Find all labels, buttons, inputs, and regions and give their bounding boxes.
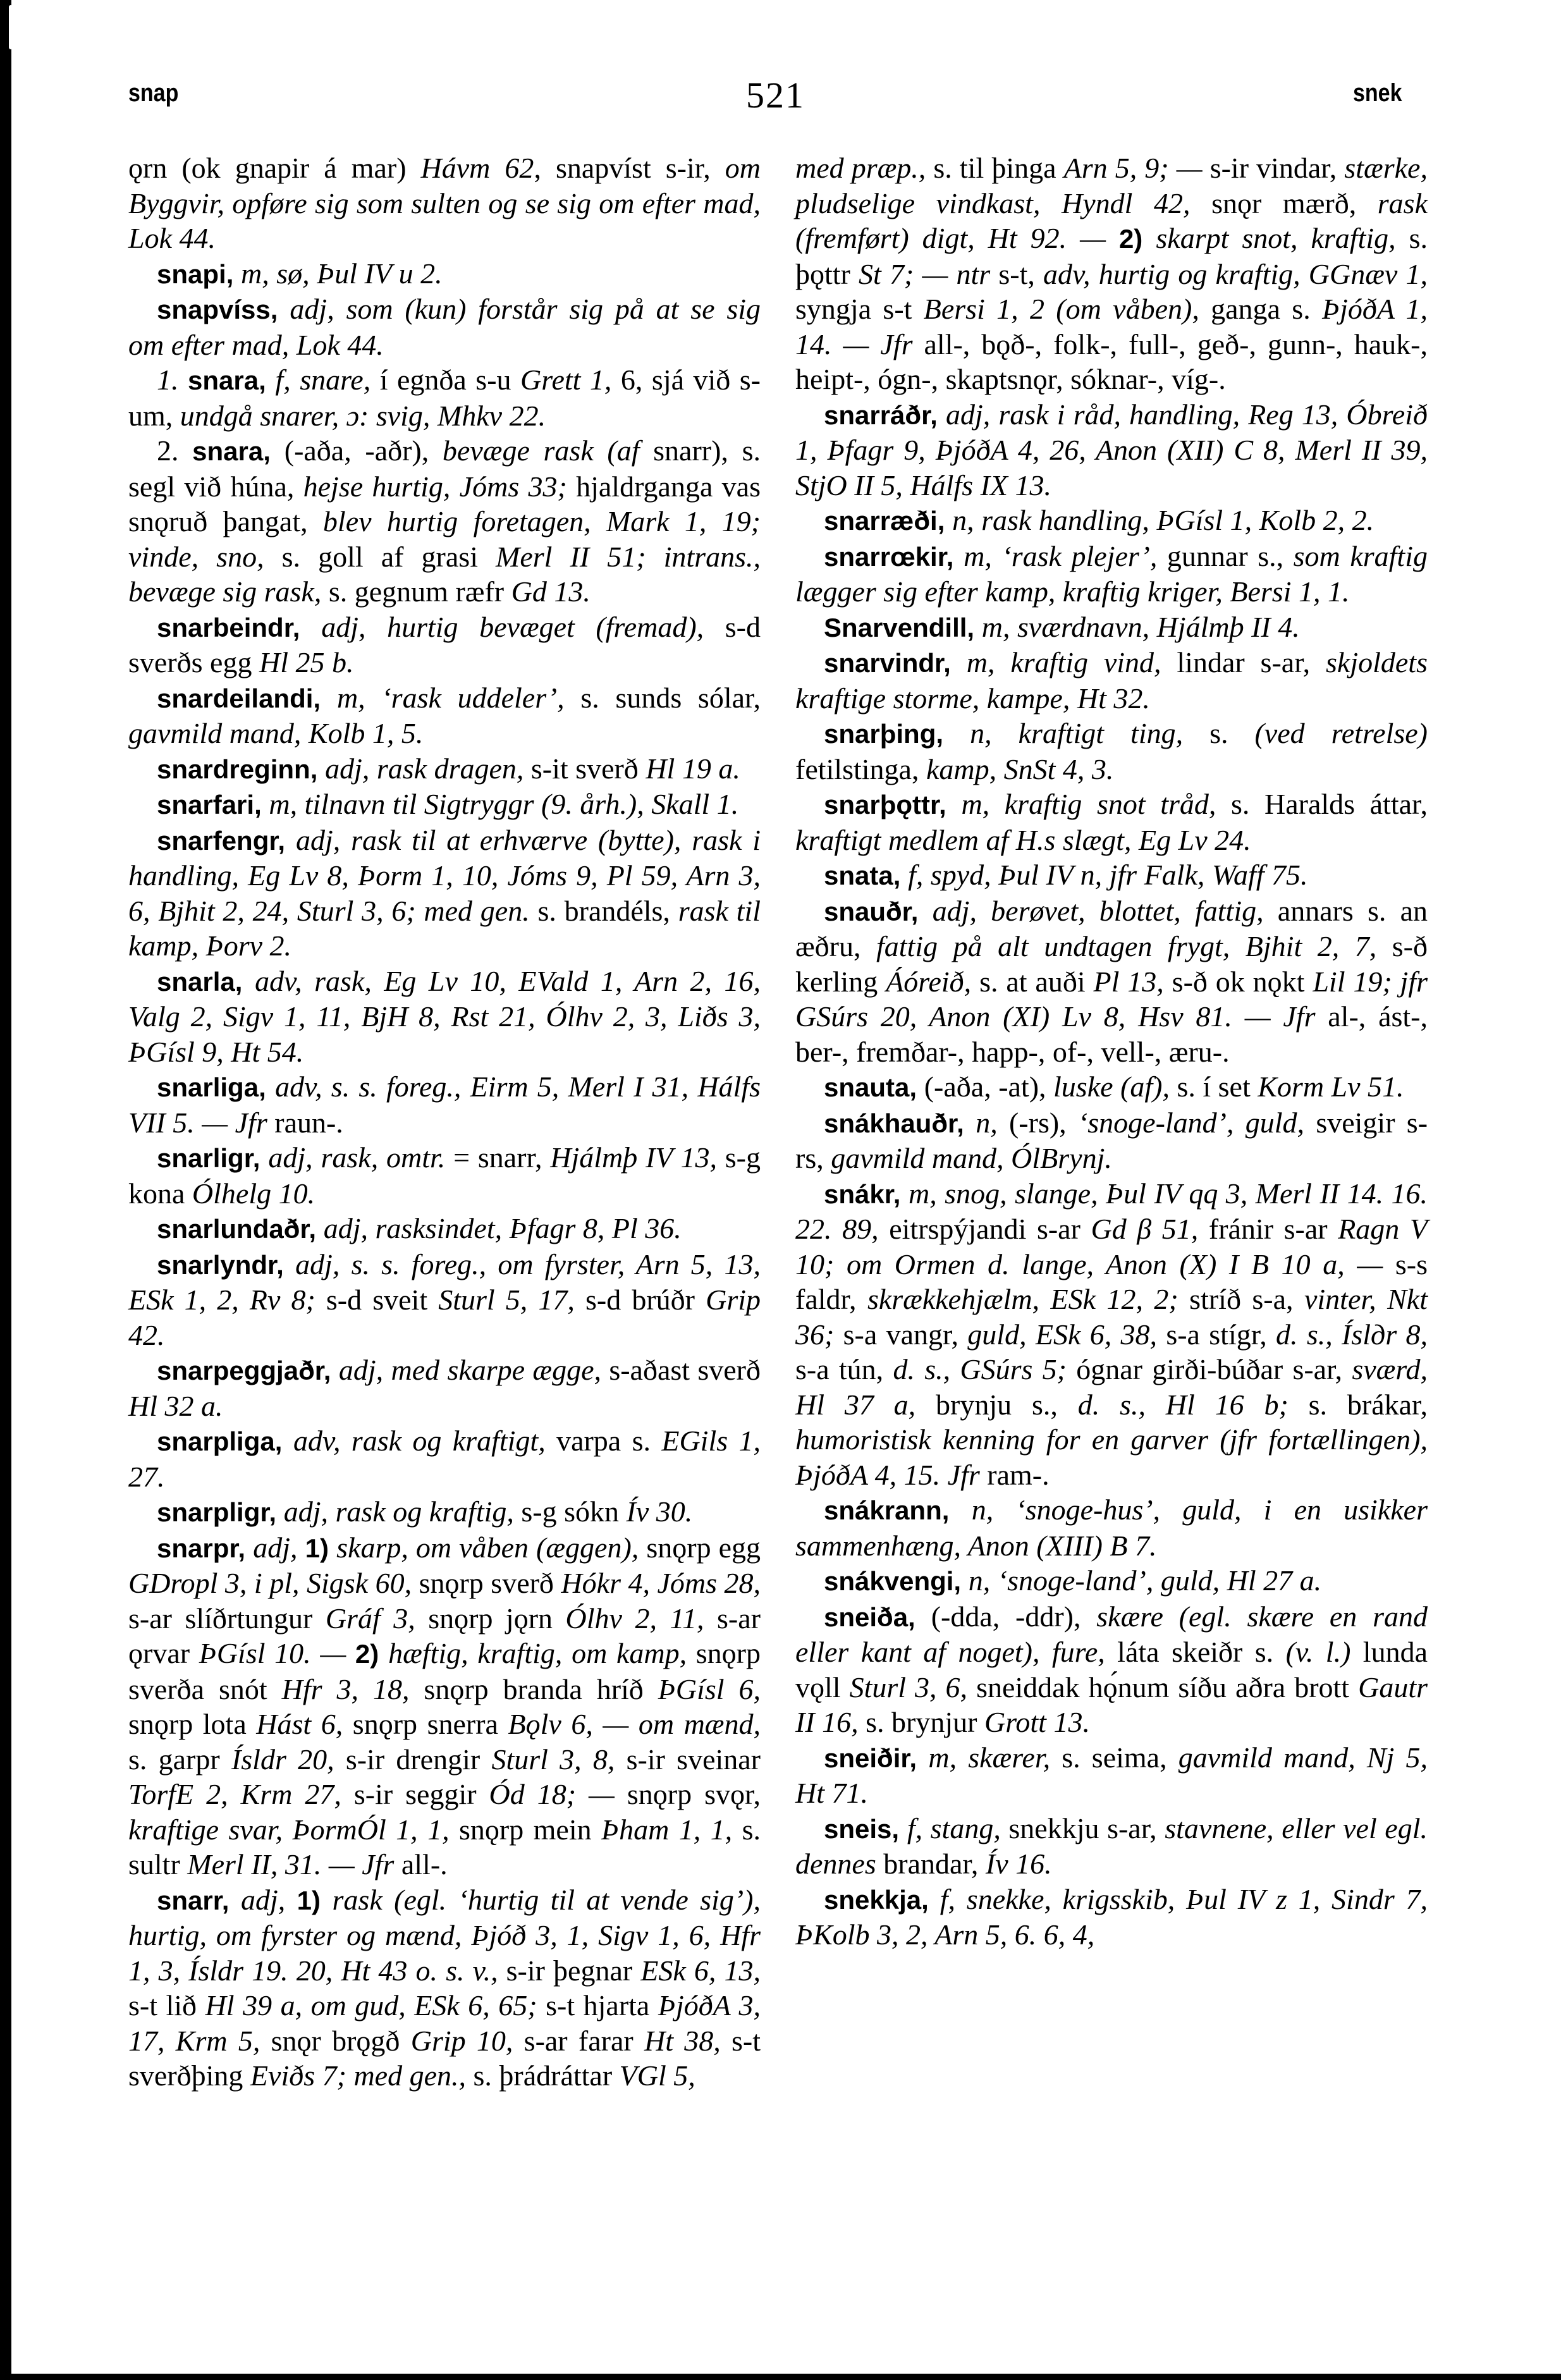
right-column: med præp., s. til þinga Arn 5, 9; — s-ir… — [795, 150, 1428, 1953]
italic-text: Bǫlv 6, — om mænd, — [508, 1708, 761, 1740]
italic-text: Hl 25 b. — [259, 646, 354, 678]
dictionary-entry: snapi, m, sø, Þul IV u 2. — [128, 256, 761, 292]
headword: snarpr, — [157, 1533, 253, 1563]
italic-text: m, skærer, — [928, 1741, 1062, 1774]
dictionary-entry: ǫrn (ok gnapir á mar) Hávm 62, snapvíst … — [128, 150, 761, 256]
roman-text: s-ar slíðrtungur — [128, 1602, 326, 1635]
italic-text: ÞGísl 6, — [658, 1673, 761, 1705]
roman-text: fránir s-ar — [1209, 1213, 1338, 1245]
headword: snarþing, — [824, 719, 970, 749]
roman-text: snǫrp sverð — [419, 1567, 561, 1599]
headword: snarpligr, — [157, 1497, 284, 1527]
page-number: 521 — [746, 74, 805, 116]
roman-text: s-ar farar — [524, 2025, 644, 2057]
roman-text: s. Haralds áttar, — [1231, 788, 1428, 820]
italic-text: adv, hurtig og kraftig, GGnæv 1, — [1043, 258, 1428, 290]
italic-text: adj, berøvet, blottet, fattig, — [933, 895, 1278, 927]
italic-text: Pl 13, — [1094, 966, 1172, 998]
italic-text: VGl 5, — [620, 2059, 695, 2092]
headword: snardeilandi, — [157, 684, 337, 713]
roman-text: s. brynjur — [866, 1706, 984, 1738]
italic-text: Sturl 5, 17, — [438, 1284, 585, 1316]
roman-text: snǫrp jǫrn — [428, 1602, 565, 1635]
roman-text: s-aðast sverð — [609, 1354, 761, 1386]
italic-text: d. s., GSúrs 5; — [893, 1353, 1076, 1385]
italic-text: Hávm 62 — [421, 152, 534, 184]
running-header: snap 521 snek — [0, 79, 1561, 130]
dictionary-entry: snarpr, adj, 1) skarp, om våben (æggen),… — [128, 1530, 761, 1882]
italic-text: f, snare, — [275, 364, 379, 396]
dictionary-entry: snarfengr, adj, rask til at erhværve (by… — [128, 823, 761, 964]
dictionary-entry: snarbeindr, adj, hurtig bevæget (fremad)… — [128, 610, 761, 680]
italic-text: TorfE 2, Krm 27, — [128, 1778, 354, 1810]
left-column: ǫrn (ok gnapir á mar) Hávm 62, snapvíst … — [128, 150, 761, 2094]
italic-text: adj, — [253, 1531, 305, 1564]
italic-text: kraftige svar, ÞormÓl 1, 1, — [128, 1813, 459, 1846]
roman-text: ram-. — [987, 1459, 1049, 1491]
headword: snarbeindr, — [157, 613, 321, 642]
headword: snapi, — [157, 259, 241, 289]
headword: snapvíss, — [157, 295, 290, 324]
headword: snarligr, — [157, 1143, 268, 1173]
headword: snákrann, — [824, 1495, 972, 1525]
italic-text: adj, rask dragen, — [325, 752, 531, 785]
roman-text: brandar, — [883, 1848, 986, 1880]
italic-text: Áóreið, — [886, 966, 979, 998]
headword: sneiðir, — [824, 1743, 928, 1773]
italic-text: Hást 6, — [256, 1708, 353, 1740]
italic-text: undgå snarer, ɔ: svig, Mhkv 22. — [180, 400, 546, 432]
italic-text: adj, rasksindet, Þfagr 8, Pl 36. — [324, 1212, 682, 1244]
headword: snarpliga, — [157, 1426, 293, 1456]
headword: snarpeggjaðr, — [157, 1356, 339, 1385]
dictionary-entry: sneis, f, stang, snekkju s-ar, stavnene,… — [795, 1811, 1428, 1882]
italic-text: Ív 16. — [986, 1848, 1052, 1880]
italic-text: Sturl 3, 8, — [491, 1743, 626, 1776]
dictionary-entry: snarrœkir, m, ‘rask plejer’, gunnar s., … — [795, 539, 1428, 610]
headword: snarlyndr, — [157, 1250, 295, 1280]
dictionary-entry: snapvíss, adj, som (kun) forstår sig på … — [128, 291, 761, 362]
roman-text: all-. — [401, 1848, 448, 1880]
roman-text: snǫrp snerra — [353, 1708, 508, 1740]
right-guide-word: snek — [1353, 79, 1402, 107]
roman-text: s-t, — [998, 258, 1043, 290]
roman-text: stríð s-a, — [1189, 1283, 1304, 1315]
italic-text: hejse hurtig, Jóms 33; — [303, 470, 576, 503]
italic-text: kraftigt medlem af H.s slægt, Eg Lv 24. — [795, 824, 1251, 856]
headword: snarrœkir, — [824, 542, 964, 572]
italic-text: Bersi 1, 2 (om våben), — [924, 293, 1211, 325]
italic-text: gavmild mand, ÓlBrynj. — [831, 1142, 1112, 1174]
headword: 1) — [305, 1533, 337, 1563]
dictionary-entry: snarfari, m, tilnavn til Sigtryggr (9. å… — [128, 787, 761, 823]
italic-text: m, ‘rask uddeler’, — [337, 682, 580, 714]
italic-text: Eviðs 7; med gen., — [250, 2059, 474, 2092]
dictionary-entry: snardeilandi, m, ‘rask uddeler’, s. sund… — [128, 680, 761, 751]
dictionary-entry: sneiðir, m, skærer, s. seima, gavmild ma… — [795, 1740, 1428, 1811]
italic-text: n, ‘snoge-land’, guld, Hl 27 a. — [969, 1564, 1321, 1597]
spine-highlight — [9, 5, 13, 49]
roman-text: láta skeiðr s. — [1117, 1636, 1285, 1668]
roman-text: s-d sveit — [326, 1284, 438, 1316]
roman-text: s-a stígr, — [1166, 1318, 1276, 1351]
headword: snara, — [192, 436, 285, 466]
headword: sneis, — [824, 1814, 907, 1844]
italic-text: n, — [976, 1107, 1009, 1139]
italic-text: Grott 13. — [984, 1706, 1090, 1738]
dictionary-entry: 1. snara, f, snare, í egnða s-u Grett 1,… — [128, 362, 761, 433]
dictionary-entry: 2. snara, (-aða, -aðr), bevæge rask (af … — [128, 433, 761, 610]
roman-text: s. sunds sólar, — [580, 682, 761, 714]
roman-text: (-dda, -ddr), — [931, 1600, 1097, 1633]
headword: 2) — [355, 1639, 388, 1669]
roman-text: varpa s. — [556, 1425, 661, 1457]
roman-text: sneiddak hǫ́num síðu aðra brott — [976, 1671, 1358, 1703]
roman-text: (-rs), — [1009, 1107, 1078, 1139]
roman-text: = snarr, — [453, 1141, 550, 1174]
italic-text: Ív 30. — [627, 1495, 693, 1528]
italic-text: adj, med skarpe ægge, — [339, 1354, 609, 1386]
headword: snarliga, — [157, 1072, 275, 1102]
dictionary-entry: snarlundaðr, adj, rasksindet, Þfagr 8, P… — [128, 1211, 761, 1247]
roman-text: snǫr brǫgð — [271, 2025, 411, 2057]
roman-text: s. at auði — [979, 966, 1093, 998]
roman-text: , snapvíst s-ir, — [534, 152, 725, 184]
dictionary-entry: snarpeggjaðr, adj, med skarpe ægge, s-að… — [128, 1353, 761, 1423]
italic-text: Ólhelg 10. — [192, 1177, 315, 1210]
roman-text: s. til þinga — [933, 152, 1063, 184]
dictionary-entry: snardreginn, adj, rask dragen, s-it sver… — [128, 751, 761, 787]
dictionary-entry: snarpliga, adv, rask og kraftigt, varpa … — [128, 1423, 761, 1494]
headword: snákhauðr, — [824, 1108, 976, 1138]
dictionary-entry: snarr, adj, 1) rask (egl. ‘hurtig til at… — [128, 1882, 761, 2094]
italic-text: ESk 6, 13, — [640, 1954, 761, 1987]
roman-text: s. í set — [1177, 1070, 1258, 1103]
dictionary-entry: snarvindr, m, kraftig vind, lindar s-ar,… — [795, 645, 1428, 716]
dictionary-entry: med præp., s. til þinga Arn 5, 9; — s-ir… — [795, 150, 1428, 397]
dictionary-entry: snákrann, n, ‘snoge-hus’, guld, i en usi… — [795, 1492, 1428, 1563]
roman-text: snǫrp svǫr, — [627, 1778, 761, 1810]
dictionary-entry: snekkja, f, snekke, krigsskib, Þul IV z … — [795, 1882, 1428, 1953]
headword: snarvindr, — [824, 648, 967, 678]
headword: sneiða, — [824, 1602, 931, 1632]
dictionary-entry: snauta, (-aða, -at), luske (af), s. í se… — [795, 1069, 1428, 1105]
italic-text: (v. l.) — [1286, 1636, 1363, 1668]
roman-text: s-it sverð — [531, 752, 646, 785]
italic-text: Hókr 4, Jóms 28, — [561, 1567, 761, 1599]
roman-text: eitrspýjandi s-ar — [889, 1213, 1091, 1245]
italic-text: fattig på alt undtagen frygt, Bjhit 2, 7… — [876, 930, 1392, 962]
italic-text: adj, rask og kraftig, — [284, 1495, 522, 1528]
italic-text: Arn 5, 9; — — [1064, 152, 1210, 184]
roman-text: s-ir seggir — [354, 1778, 489, 1810]
italic-text: Grip 10, — [411, 2025, 524, 2057]
roman-text: s. brandéls, — [537, 895, 678, 927]
book-spine-shadow — [0, 0, 11, 2380]
italic-text: skrækkehjælm, ESk 12, 2; — [867, 1283, 1189, 1315]
italic-text: n, rask handling, ÞGísl 1, Kolb 2, 2. — [952, 504, 1374, 536]
dictionary-entry: snákvengi, n, ‘snoge-land’, guld, Hl 27 … — [795, 1563, 1428, 1599]
italic-text: skarpt snot, kraftig, — [1156, 222, 1409, 254]
headword: snauta, — [824, 1072, 924, 1102]
italic-text: Ht 38, — [644, 2025, 732, 2057]
roman-text: snǫrp mein — [459, 1813, 601, 1846]
italic-text: m, ‘rask plejer’, — [964, 540, 1167, 572]
headword: snarræði, — [824, 506, 952, 536]
headword: snarla, — [157, 967, 255, 997]
dictionary-entry: snarpligr, adj, rask og kraftig, s-g sók… — [128, 1494, 761, 1530]
italic-text: adj, hurtig bevæget (fremad), — [321, 611, 725, 643]
roman-text: fetilstinga, — [795, 753, 926, 785]
roman-text: snekkju s-ar, — [1008, 1812, 1165, 1844]
headword: snekkja, — [824, 1885, 940, 1915]
roman-text: s. þrádráttar — [474, 2059, 620, 2092]
italic-text: Hl 32 a. — [128, 1390, 223, 1422]
roman-text: s-ð ok nǫkt — [1172, 966, 1313, 998]
headword: snarfengr, — [157, 826, 296, 856]
left-guide-word: snap — [128, 79, 178, 107]
italic-text: luske (af), — [1053, 1070, 1177, 1103]
dictionary-entry: snarþing, n, kraftigt ting, s. (ved retr… — [795, 716, 1428, 787]
dictionary-entry: snarla, adv, rask, Eg Lv 10, EVald 1, Ar… — [128, 964, 761, 1070]
italic-text: GDropl 3, i pl, Sigsk 60, — [128, 1567, 419, 1599]
italic-text: Hfr 3, 18, — [282, 1673, 424, 1705]
italic-text: Merl II, 31. — Jfr — [187, 1848, 401, 1880]
roman-text: snǫrp egg — [646, 1531, 761, 1564]
italic-text: Hjálmþ IV 13, — [550, 1141, 725, 1174]
italic-text: skarp, om våben (æggen), — [336, 1531, 646, 1564]
roman-text: 2. — [157, 434, 192, 467]
italic-text: guld, ESk 6, 38, — [967, 1318, 1166, 1351]
italic-text: adj, — [241, 1884, 297, 1916]
italic-text: Ísldr 20, — [231, 1743, 346, 1776]
roman-text: s-t hjarta — [546, 1989, 658, 2021]
roman-text: s. brákar, — [1309, 1389, 1428, 1421]
roman-text: s-ir sveinar — [627, 1743, 761, 1776]
dictionary-entry: snarligr, adj, rask, omtr. = snarr, Hjál… — [128, 1140, 761, 1211]
headword: Snarvendill, — [824, 613, 982, 642]
dictionary-entry: snarliga, adv, s. s. foreg., Eirm 5, Mer… — [128, 1069, 761, 1140]
italic-text: St 7; — ntr — [859, 258, 998, 290]
italic-text: adj, rask, omtr. — [268, 1141, 453, 1174]
roman-text: s-t lið — [128, 1989, 205, 2021]
roman-text: s-ir þegnar — [506, 1954, 641, 1987]
headword: 2) — [1119, 224, 1156, 254]
roman-text: ógnar girði-búðar s-ar, — [1076, 1353, 1352, 1385]
italic-text: Ólhv 2, 11, — [566, 1602, 717, 1635]
italic-text: f, stang, — [907, 1812, 1009, 1844]
dictionary-entry: snarráðr, adj, rask i råd, handling, Reg… — [795, 397, 1428, 503]
roman-text: ǫrn (ok gnapir á mar) — [128, 152, 421, 184]
italic-text: Ód 18; — — [489, 1778, 627, 1810]
headword: snata, — [824, 861, 908, 890]
roman-text: snǫr mærð, — [1211, 187, 1378, 219]
dictionary-entry: snauðr, adj, berøvet, blottet, fattig, a… — [795, 893, 1428, 1070]
roman-text: s-g sókn — [521, 1495, 626, 1528]
italic-text: humoristisk kenning for en garver (jfr f… — [795, 1423, 1428, 1491]
headword: snarlundaðr, — [157, 1214, 324, 1244]
roman-text: s. goll af grasi — [282, 541, 496, 573]
italic-text: 1. — [157, 364, 188, 396]
italic-text: Korm Lv 51. — [1258, 1070, 1404, 1103]
roman-text: s. seima, — [1062, 1741, 1178, 1774]
italic-text: f, spyd, Þul IV n, jfr Falk, Waff 75. — [908, 859, 1307, 891]
headword: snákvengi, — [824, 1566, 969, 1596]
roman-text: brynju s., — [936, 1389, 1078, 1421]
headword: 1) — [297, 1886, 333, 1915]
italic-text: (ved retrelse) — [1254, 717, 1428, 749]
roman-text: lindar s-ar, — [1177, 646, 1326, 678]
italic-text: m, sværdnavn, Hjálmþ II 4. — [982, 611, 1300, 643]
italic-text: adv, rask og kraftigt, — [293, 1425, 556, 1457]
headword: snákr, — [824, 1179, 909, 1209]
roman-text: s-d brúðr — [585, 1284, 706, 1316]
roman-text: s-ir vindar, — [1210, 152, 1345, 184]
headword: snardreginn, — [157, 754, 325, 784]
dictionary-entry: snata, f, spyd, Þul IV n, jfr Falk, Waff… — [795, 857, 1428, 893]
italic-text: d. s., Hl 16 b; — [1078, 1389, 1309, 1421]
roman-text: (-aða, -aðr), — [285, 434, 443, 467]
italic-text: med præp., — [795, 152, 933, 184]
dictionary-entry: snarlyndr, adj, s. s. foreg., om fyrster… — [128, 1247, 761, 1353]
italic-text: d. s., Íslдr 8, — [1276, 1318, 1428, 1351]
dictionary-entry: snarþǫttr, m, kraftig snot tråd, s. Hara… — [795, 787, 1428, 857]
roman-text: s-a tún, — [795, 1353, 893, 1385]
roman-text: syngja s-t — [795, 293, 924, 325]
headword: snarráðr, — [824, 400, 946, 430]
italic-text: ‘snoge-land’, guld, — [1078, 1107, 1316, 1139]
dictionary-entry: snarræði, n, rask handling, ÞGísl 1, Kol… — [795, 503, 1428, 539]
italic-text: n, kraftigt ting, — [970, 717, 1209, 749]
italic-text: Þham 1, 1, — [601, 1813, 742, 1846]
italic-text: Hl 39 a, om gud, ESk 6, 65; — [205, 1989, 546, 2021]
roman-text: s-ir drengir — [346, 1743, 492, 1776]
italic-text: Gd 13. — [511, 575, 591, 608]
italic-text: kamp, SnSt 4, 3. — [926, 753, 1113, 785]
dictionary-entry: Snarvendill, m, sværdnavn, Hjálmþ II 4. — [795, 610, 1428, 646]
italic-text: Grett 1, — [520, 364, 621, 396]
italic-text: Hl 19 a. — [646, 752, 740, 785]
roman-text: (-aða, -at), — [924, 1070, 1053, 1103]
roman-text: ganga s. — [1211, 293, 1322, 325]
italic-text: bevæge rask (af — [443, 434, 653, 467]
italic-text: m, kraftig vind, — [967, 646, 1177, 678]
roman-text: s. gegnum ræfr — [329, 575, 511, 608]
italic-text: hæftig, kraftig, om kamp, — [388, 1637, 696, 1669]
roman-text: í egnða s-u — [380, 364, 520, 396]
headword: snarfari, — [157, 790, 269, 819]
italic-text: m, kraftig snot tråd, — [961, 788, 1231, 820]
italic-text: Gd β 51, — [1091, 1213, 1209, 1245]
italic-text: Gráf 3, — [326, 1602, 428, 1635]
italic-text: Sturl 3, 6, — [850, 1671, 976, 1703]
roman-text: s-a vangr, — [843, 1318, 968, 1351]
dictionary-entry: snákr, m, snog, slange, Þul IV qq 3, Mer… — [795, 1176, 1428, 1493]
roman-text: raun-. — [274, 1107, 343, 1139]
headword: snarþǫttr, — [824, 790, 961, 819]
roman-text: s. — [1209, 717, 1254, 749]
dictionary-entry: sneiða, (-dda, -ddr), skære (egl. skære … — [795, 1599, 1428, 1740]
headword: snara, — [188, 365, 275, 395]
headword: snauðr, — [824, 897, 933, 926]
roman-text: snǫrp branda hríð — [424, 1673, 658, 1705]
roman-text: gunnar s., — [1167, 540, 1294, 572]
roman-text: s. garpr — [128, 1743, 231, 1776]
italic-text: m, sø, Þul IV u 2. — [241, 257, 443, 290]
roman-text: snǫrp lota — [128, 1708, 256, 1740]
italic-text: gavmild mand, Kolb 1, 5. — [128, 717, 423, 749]
page-bottom-edge — [0, 2374, 1561, 2380]
dictionary-entry: snákhauðr, n, (-rs), ‘snoge-land’, guld,… — [795, 1105, 1428, 1176]
italic-text: ÞGísl 10. — — [199, 1637, 355, 1669]
italic-text: m, tilnavn til Sigtryggr (9. årh.), Skal… — [269, 788, 738, 820]
headword: snarr, — [157, 1886, 241, 1915]
